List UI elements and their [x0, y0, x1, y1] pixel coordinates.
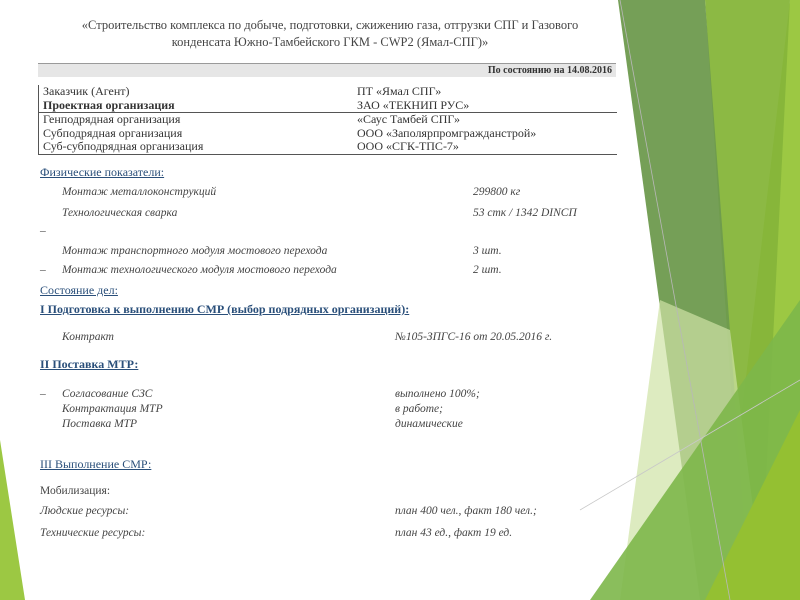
- organizations-table: Заказчик (Агент) ПТ «Ямал СПГ» Проектная…: [38, 85, 617, 155]
- org-row: Проектная организация ЗАО «ТЕКНИП РУС»: [39, 99, 617, 113]
- item-label: Монтаж технологического модуля мостового…: [62, 264, 337, 276]
- item-label: Монтаж транспортного модуля мостового пе…: [62, 245, 327, 257]
- org-role: Субподрядная организация: [39, 127, 357, 141]
- org-row: Субподрядная организация ООО «Заполярпро…: [39, 127, 617, 141]
- bullet-dash: –: [40, 388, 46, 400]
- title-line-1: «Строительство комплекса по добыче, подг…: [40, 17, 620, 34]
- title-line-2: конденсата Южно-Тамбейского ГКМ - СWP2 (…: [40, 34, 620, 51]
- item-value: выполнено 100%;: [395, 388, 480, 400]
- org-name: «Саус Тамбей СПГ»: [357, 113, 617, 127]
- org-role: Суб-субподрядная организация: [39, 140, 357, 154]
- org-name: ООО «СГК-ТПС-7»: [357, 140, 617, 154]
- item-label: Контрактация МТР: [62, 403, 163, 415]
- part3-heading: III Выполнение СМР:: [40, 457, 151, 472]
- item-value: план 400 чел., факт 180 чел.;: [395, 505, 537, 517]
- org-row: Генподрядная организация «Саус Тамбей СП…: [39, 112, 617, 127]
- document-title: «Строительство комплекса по добыче, подг…: [40, 17, 620, 51]
- item-label: Людские ресурсы:: [40, 505, 129, 517]
- item-value: в работе;: [395, 403, 443, 415]
- status-date-bar: По состоянию на 14.08.2016: [38, 63, 616, 77]
- physical-heading: Физические показатели:: [40, 165, 164, 180]
- slide: «Строительство комплекса по добыче, подг…: [0, 0, 800, 600]
- item-value: 299800 кг: [473, 186, 520, 198]
- org-name: ЗАО «ТЕКНИП РУС»: [357, 99, 617, 113]
- bullet-dash: –: [40, 225, 46, 237]
- org-name: ПТ «Ямал СПГ»: [357, 85, 617, 99]
- bullet-dash: –: [40, 264, 46, 276]
- mobilization-label: Мобилизация:: [40, 485, 110, 497]
- item-value: 2 шт.: [473, 264, 502, 276]
- item-label: Согласование СЗС: [62, 388, 152, 400]
- item-value: 3 шт.: [473, 245, 502, 257]
- org-role: Проектная организация: [39, 99, 357, 113]
- org-role: Генподрядная организация: [39, 113, 357, 127]
- item-label: Поставка МТР: [62, 418, 137, 430]
- part2-heading: II Поставка МТР:: [40, 357, 138, 372]
- org-name: ООО «Заполярпромгражданстрой»: [357, 127, 617, 141]
- part1-heading: I Подготовка к выполнению СМР (выбор под…: [40, 302, 409, 317]
- item-value: динамические: [395, 418, 463, 430]
- item-value: план 43 ед., факт 19 ед.: [395, 527, 512, 539]
- item-label: Технические ресурсы:: [40, 527, 145, 539]
- item-label: Монтаж металлоконструкций: [62, 186, 216, 198]
- org-role: Заказчик (Агент): [39, 85, 357, 99]
- status-date: По состоянию на 14.08.2016: [488, 65, 612, 76]
- contract-label: Контракт: [62, 331, 114, 343]
- contract-value: №105-ЗПГС-16 от 20.05.2016 г.: [395, 331, 552, 343]
- item-value: 53 стк / 1342 DINСП: [473, 207, 577, 219]
- org-row: Суб-субподрядная организация ООО «СГК-ТП…: [39, 140, 617, 155]
- state-heading: Состояние дел:: [40, 283, 118, 298]
- org-row: Заказчик (Агент) ПТ «Ямал СПГ»: [39, 85, 617, 99]
- item-label: Технологическая сварка: [62, 207, 177, 219]
